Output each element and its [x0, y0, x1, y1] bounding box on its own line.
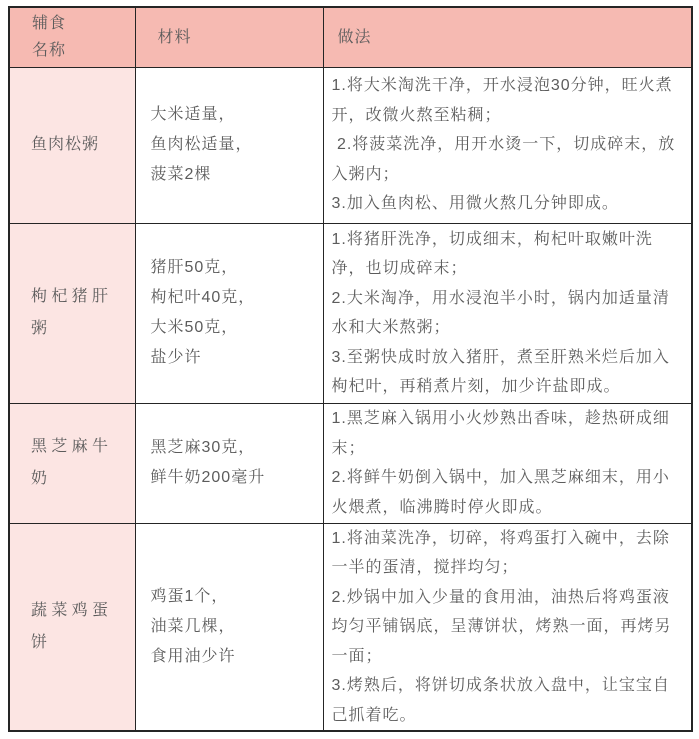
method-step: 3.至粥快成时放入猪肝，煮至肝熟米烂后加入枸杞叶，再稍煮片刻，加少许盐即成。: [332, 343, 687, 402]
method-step: 1.黑芝麻入锅用小火炒熟出香味，趁热研成细末；: [332, 404, 687, 463]
method-step: 2.炒锅中加入少量的食用油，油热后将鸡蛋液均匀平铺锅底，呈薄饼状，烤熟一面，再烤…: [332, 583, 687, 672]
method-step: 3.烤熟后，将饼切成条状放入盘中，让宝宝自己抓着吃。: [332, 671, 687, 730]
method-cell: 1.将猪肝洗净，切成细末，枸杞叶取嫩叶洗净，也切成碎末；2.大米淘净，用水浸泡半…: [323, 223, 692, 403]
table-body: 鱼肉松粥 大米适量，鱼肉松适量，菠菜2棵 1.将大米淘洗干净，开水浸泡30分钟，…: [9, 67, 692, 731]
table-header: 辅食 名称 材料 做法: [9, 7, 692, 67]
col-header-method: 做法: [323, 7, 692, 67]
method-step: 1.将猪肝洗净，切成细末，枸杞叶取嫩叶洗净，也切成碎末；: [332, 225, 687, 284]
food-name: 蔬菜鸡蛋饼: [31, 595, 109, 659]
material-item: 黑芝麻30克，: [151, 433, 323, 463]
food-name: 枸杞猪肝粥: [31, 281, 109, 345]
food-name: 黑芝麻牛奶: [31, 431, 109, 495]
table-row: 黑芝麻牛奶 黑芝麻30克，鲜牛奶200毫升 1.黑芝麻入锅用小火炒熟出香味，趁热…: [9, 403, 692, 523]
method-step: 1.将油菜洗净，切碎，将鸡蛋打入碗中，去除一半的蛋清，搅拌均匀；: [332, 524, 687, 583]
material-item: 大米适量，: [151, 100, 323, 130]
materials-cell: 猪肝50克，枸杞叶40克，大米50克，盐少许: [135, 223, 323, 403]
recipe-table: 辅食 名称 材料 做法 鱼肉松粥 大米适量，鱼肉松适量，菠菜2棵 1.将大米淘洗…: [8, 6, 693, 732]
col-header-materials: 材料: [135, 7, 323, 67]
material-item: 鸡蛋1个，: [151, 582, 323, 612]
materials-cell: 鸡蛋1个，油菜几棵，食用油少许: [135, 523, 323, 731]
method-cell: 1.将大米淘洗干净，开水浸泡30分钟，旺火煮开，改微火熬至粘稠； 2.将菠菜洗净…: [323, 67, 692, 223]
material-item: 菠菜2棵: [151, 160, 323, 190]
method-step: 1.将大米淘洗干净，开水浸泡30分钟，旺火煮开，改微火熬至粘稠；: [332, 71, 687, 130]
col-header-food-name: 辅食 名称: [9, 7, 135, 67]
table-row: 鱼肉松粥 大米适量，鱼肉松适量，菠菜2棵 1.将大米淘洗干净，开水浸泡30分钟，…: [9, 67, 692, 223]
method-step: 2.将鲜牛奶倒入锅中，加入黑芝麻细末，用小火煨煮，临沸腾时停火即成。: [332, 463, 687, 522]
food-name: 鱼肉松粥: [31, 129, 109, 161]
material-item: 食用油少许: [151, 642, 323, 672]
materials-cell: 大米适量，鱼肉松适量，菠菜2棵: [135, 67, 323, 223]
material-item: 大米50克，: [151, 313, 323, 343]
food-name-cell: 蔬菜鸡蛋饼: [9, 523, 135, 731]
material-item: 盐少许: [151, 343, 323, 373]
method-step: 2.将菠菜洗净，用开水烫一下，切成碎末，放入粥内；: [332, 130, 687, 189]
food-name-cell: 黑芝麻牛奶: [9, 403, 135, 523]
material-item: 猪肝50克，: [151, 253, 323, 283]
method-step: 2.大米淘净，用水浸泡半小时，锅内加适量清水和大米熬粥；: [332, 284, 687, 343]
method-cell: 1.将油菜洗净，切碎，将鸡蛋打入碗中，去除一半的蛋清，搅拌均匀；2.炒锅中加入少…: [323, 523, 692, 731]
materials-cell: 黑芝麻30克，鲜牛奶200毫升: [135, 403, 323, 523]
table-row: 枸杞猪肝粥 猪肝50克，枸杞叶40克，大米50克，盐少许 1.将猪肝洗净，切成细…: [9, 223, 692, 403]
table-row: 蔬菜鸡蛋饼 鸡蛋1个，油菜几棵，食用油少许 1.将油菜洗净，切碎，将鸡蛋打入碗中…: [9, 523, 692, 731]
method-cell: 1.黑芝麻入锅用小火炒熟出香味，趁热研成细末；2.将鲜牛奶倒入锅中，加入黑芝麻细…: [323, 403, 692, 523]
material-item: 枸杞叶40克，: [151, 283, 323, 313]
material-item: 鱼肉松适量，: [151, 130, 323, 160]
header-row: 辅食 名称 材料 做法: [9, 7, 692, 67]
food-name-cell: 鱼肉松粥: [9, 67, 135, 223]
food-name-cell: 枸杞猪肝粥: [9, 223, 135, 403]
material-item: 油菜几棵，: [151, 612, 323, 642]
material-item: 鲜牛奶200毫升: [151, 463, 323, 493]
method-step: 3.加入鱼肉松、用微火熬几分钟即成。: [332, 189, 687, 219]
